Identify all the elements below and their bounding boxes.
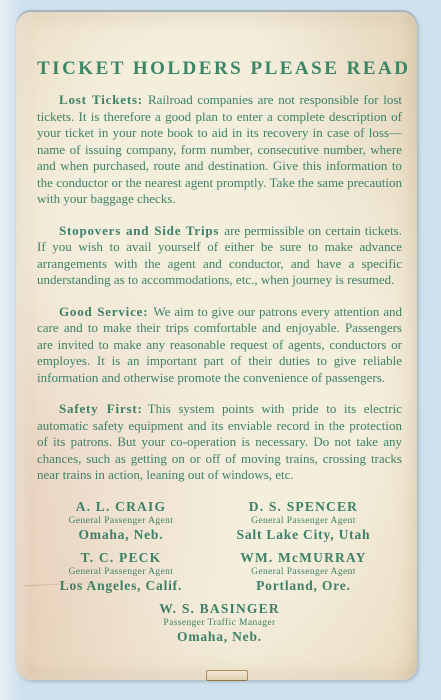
- card-title: TICKET HOLDERS PLEASE READ: [37, 58, 402, 80]
- agent-name: T. C. PECK: [37, 550, 205, 566]
- paragraph-lead: Stopovers and Side Trips: [59, 223, 219, 238]
- paragraph-safety-first: Safety First:This system points with pri…: [37, 401, 402, 484]
- staple-mark: [206, 670, 248, 681]
- paragraph-good-service: Good Service:We aim to give our patrons …: [37, 304, 402, 387]
- paragraph-stopovers: Stopovers and Side Tripsare permissible …: [37, 223, 402, 289]
- agent-location: Portland, Ore.: [205, 578, 402, 594]
- ticket-notice-card: TICKET HOLDERS PLEASE READ Lost Tickets:…: [16, 12, 417, 680]
- agent-block-craig: A. L. CRAIG General Passenger Agent Omah…: [37, 499, 205, 543]
- agent-block-mcmurray: WM. McMURRAY General Passenger Agent Por…: [205, 550, 402, 594]
- paragraph-lead: Lost Tickets:: [59, 92, 143, 107]
- agent-title: General Passenger Agent: [37, 567, 205, 577]
- agent-location: Salt Lake City, Utah: [205, 527, 402, 543]
- paragraph-lost-tickets: Lost Tickets:Railroad companies are not …: [37, 92, 402, 208]
- agent-block-spencer: D. S. SPENCER General Passenger Agent Sa…: [205, 499, 402, 543]
- agents-directory: A. L. CRAIG General Passenger Agent Omah…: [37, 499, 402, 594]
- paragraph-lead: Safety First:: [59, 401, 143, 416]
- agent-title: General Passenger Agent: [205, 567, 402, 577]
- agent-name: A. L. CRAIG: [37, 499, 205, 515]
- agent-block-basinger: W. S. BASINGER Passenger Traffic Manager…: [37, 601, 402, 645]
- agent-name: W. S. BASINGER: [37, 601, 402, 617]
- agent-name: D. S. SPENCER: [205, 499, 402, 515]
- agent-location: Omaha, Neb.: [37, 629, 402, 645]
- paragraph-lead: Good Service:: [59, 304, 148, 319]
- agent-name: WM. McMURRAY: [205, 550, 402, 566]
- agent-location: Los Angeles, Calif.: [37, 578, 205, 594]
- agent-block-peck: T. C. PECK General Passenger Agent Los A…: [37, 550, 205, 594]
- agent-title: Passenger Traffic Manager: [37, 618, 402, 628]
- paragraph-text: Railroad companies are not responsible f…: [37, 92, 402, 206]
- agent-title: General Passenger Agent: [37, 516, 205, 526]
- agent-location: Omaha, Neb.: [37, 527, 205, 543]
- agent-title: General Passenger Agent: [205, 516, 402, 526]
